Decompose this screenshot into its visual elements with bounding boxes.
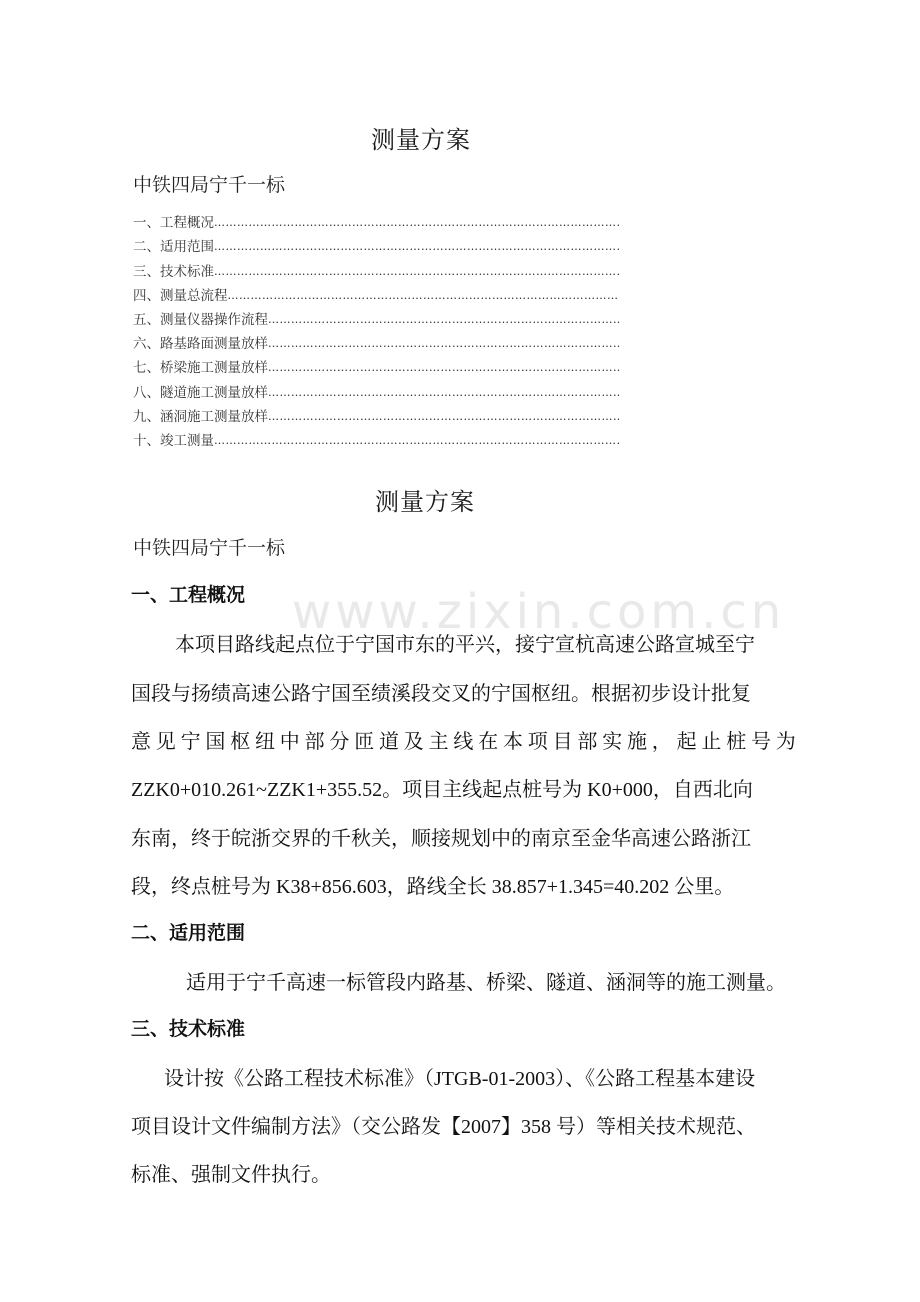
- toc-item[interactable]: 一、工程概况……………………………………………………………………………………………: [133, 208, 619, 232]
- toc-dot-leader: ……………………………………………………………………………………………………………: [268, 336, 619, 353]
- section-heading-standards: 三、技术标准: [131, 1014, 245, 1041]
- toc-dot-leader: ……………………………………………………………………………………………………………: [268, 409, 619, 426]
- toc-item-label: 六、路基路面测量放样: [133, 335, 268, 353]
- toc-item[interactable]: 八、隧道施工测量放样…………………………………………………………………………………: [133, 377, 619, 401]
- toc-item-label: 四、测量总流程: [133, 287, 228, 305]
- section-heading-overview: 一、工程概况: [131, 580, 245, 607]
- table-of-contents: 一、工程概况……………………………………………………………………………………………: [133, 208, 619, 450]
- paragraph-line: 本项目路线起点位于宁国市东的平兴，接宁宣杭高速公路宣城至宁: [175, 628, 755, 657]
- paragraph-line: ZZK0+010.261~ZZK1+355.52。项目主线起点桩号为 K0+00…: [131, 773, 753, 802]
- paragraph-line: 标准、强制文件执行。: [131, 1158, 331, 1187]
- toc-dot-leader: ……………………………………………………………………………………………………………: [268, 312, 619, 329]
- document-page: www.zixin.com.cn 测量方案 中铁四局宁千一标 一、工程概况…………: [0, 0, 920, 1302]
- toc-dot-leader: ……………………………………………………………………………………………………………: [214, 433, 619, 450]
- toc-dot-leader: ……………………………………………………………………………………………………………: [214, 239, 619, 256]
- toc-item[interactable]: 九、涵洞施工测量放样…………………………………………………………………………………: [133, 402, 619, 426]
- cover-subtitle: 中铁四局宁千一标: [133, 170, 285, 197]
- toc-item-label: 五、测量仪器操作流程: [133, 311, 268, 329]
- cover-title: 测量方案: [371, 120, 471, 155]
- paragraph-line: 段，终点桩号为 K38+856.603，路线全长 38.857+1.345=40…: [131, 870, 734, 899]
- section-heading-scope: 二、适用范围: [131, 918, 245, 945]
- toc-dot-leader: ……………………………………………………………………………………………………………: [214, 264, 619, 281]
- toc-item[interactable]: 二、适用范围……………………………………………………………………………………………: [133, 232, 619, 256]
- toc-dot-leader: ……………………………………………………………………………………………………………: [214, 215, 619, 232]
- toc-item[interactable]: 四、测量总流程…………………………………………………………………………………………: [133, 281, 619, 305]
- toc-item-label: 一、工程概况: [133, 214, 214, 232]
- toc-item-label: 十、竣工测量: [133, 432, 214, 450]
- toc-item[interactable]: 七、桥梁施工测量放样…………………………………………………………………………………: [133, 353, 619, 377]
- toc-item-label: 三、技术标准: [133, 263, 214, 281]
- toc-dot-leader: ……………………………………………………………………………………………………………: [228, 288, 620, 305]
- toc-item[interactable]: 五、测量仪器操作流程…………………………………………………………………………………: [133, 305, 619, 329]
- toc-dot-leader: ……………………………………………………………………………………………………………: [268, 360, 619, 377]
- paragraph-line: 项目设计文件编制方法》（交公路发【2007】358 号）等相关技术规范、: [131, 1110, 756, 1139]
- toc-item-label: 二、适用范围: [133, 238, 214, 256]
- toc-item-label: 七、桥梁施工测量放样: [133, 359, 268, 377]
- toc-item-label: 八、隧道施工测量放样: [133, 384, 268, 402]
- paragraph-line: 意见宁国枢纽中部分匝道及主线在本项目部实施，起止桩号为: [131, 725, 801, 754]
- paragraph-line: 设计按《公路工程技术标准》（JTGB-01-2003）、《公路工程基本建设: [164, 1062, 755, 1091]
- body-title: 测量方案: [375, 482, 475, 517]
- paragraph-line: 国段与扬绩高速公路宁国至绩溪段交叉的宁国枢纽。根据初步设计批复: [131, 677, 751, 706]
- toc-item[interactable]: 三、技术标准……………………………………………………………………………………………: [133, 256, 619, 280]
- toc-item-label: 九、涵洞施工测量放样: [133, 408, 268, 426]
- toc-item[interactable]: 十、竣工测量……………………………………………………………………………………………: [133, 426, 619, 450]
- toc-item[interactable]: 六、路基路面测量放样…………………………………………………………………………………: [133, 329, 619, 353]
- body-subtitle: 中铁四局宁千一标: [133, 533, 285, 560]
- paragraph-line: 东南，终于皖浙交界的千秋关，顺接规划中的南京至金华高速公路浙江: [131, 822, 751, 851]
- paragraph-line: 适用于宁千高速一标管段内路基、桥梁、隧道、涵洞等的施工测量。: [186, 966, 786, 995]
- toc-dot-leader: ……………………………………………………………………………………………………………: [268, 385, 619, 402]
